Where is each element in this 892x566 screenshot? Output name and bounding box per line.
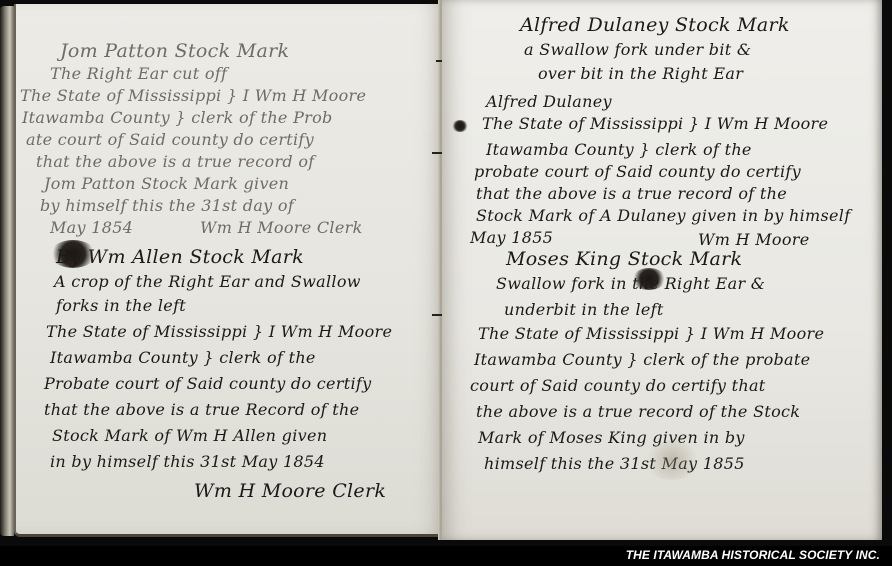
- entry-line: by himself this the 31st day of: [40, 196, 294, 215]
- entry-line: May 1855: [470, 228, 553, 247]
- entry-heading: Alfred Dulaney Stock Mark: [520, 14, 790, 36]
- entry-heading: Moses King Stock Mark: [506, 248, 742, 270]
- entry-line: that the above is a true Record of the: [44, 400, 359, 419]
- left-page: Jom Patton Stock Mark The Right Ear cut …: [14, 4, 444, 537]
- caption-bar: THE ITAWAMBA HISTORICAL SOCIETY INC.: [0, 546, 892, 566]
- entry-line: Jom Patton Stock Mark given: [44, 174, 289, 193]
- entry-line: Stock Mark of Wm H Allen given: [52, 426, 327, 445]
- entry-line: The State of Mississippi } I Wm H Moore: [478, 324, 824, 343]
- entry-line: forks in the left: [56, 296, 186, 315]
- entry-line: underbit in the left: [504, 300, 664, 319]
- entry-line: Itawamba County } clerk of the Prob: [22, 108, 333, 127]
- entry-line: Itawamba County } clerk of the probate: [474, 350, 810, 369]
- entry-line: a Swallow fork under bit &: [524, 40, 751, 59]
- entry-line: Swallow fork in the Right Ear &: [496, 274, 765, 293]
- signature: Wm H Moore: [698, 230, 810, 249]
- entry-line: in by himself this 31st May 1854: [50, 452, 325, 471]
- signature: Wm H Moore Clerk: [194, 480, 386, 502]
- entry-line: The State of Mississippi } I Wm H Moore: [482, 114, 828, 133]
- entry-line: Itawamba County } clerk of the: [486, 140, 752, 159]
- entry-line: May 1854: [50, 218, 133, 237]
- book-cover-edge: [0, 6, 14, 536]
- entry-line: probate court of Said county do certify: [474, 162, 801, 181]
- entry-line: the above is a true record of the Stock: [476, 402, 800, 421]
- watermark-caption: THE ITAWAMBA HISTORICAL SOCIETY INC.: [626, 548, 880, 562]
- signature: Wm H Moore Clerk: [200, 218, 363, 237]
- entry-line: ate court of Said county do certify: [26, 130, 314, 149]
- entry-heading: By Wm Allen Stock Mark: [56, 246, 304, 268]
- entry-line: Probate court of Said county do certify: [44, 374, 371, 393]
- entry-line: A crop of the Right Ear and Swallow: [54, 272, 361, 291]
- entry-heading: Jom Patton Stock Mark: [60, 40, 289, 62]
- entry-line: Stock Mark of A Dulaney given in by hims…: [476, 206, 850, 225]
- right-page: Alfred Dulaney Stock Mark a Swallow fork…: [442, 0, 882, 540]
- entry-line: court of Said county do certify that: [470, 376, 766, 395]
- ledger-photo: Jom Patton Stock Mark The Right Ear cut …: [0, 0, 892, 548]
- entry-line: Mark of Moses King given in by: [478, 428, 745, 447]
- entry-line: himself this the 31st May 1855: [484, 454, 745, 473]
- entry-line: that the above is a true record of the: [476, 184, 787, 203]
- entry-line: The State of Mississippi } I Wm H Moore: [46, 322, 392, 341]
- paper-smudge: [642, 440, 702, 480]
- entry-line: The State of Mississippi } I Wm H Moore: [20, 86, 366, 105]
- entry-line: Alfred Dulaney: [486, 92, 612, 111]
- entry-line: The Right Ear cut off: [50, 64, 227, 83]
- entry-line: Itawamba County } clerk of the: [50, 348, 316, 367]
- entry-line: over bit in the Right Ear: [538, 64, 743, 83]
- entry-line: that the above is a true record of: [36, 152, 315, 171]
- ink-blot: [452, 120, 468, 132]
